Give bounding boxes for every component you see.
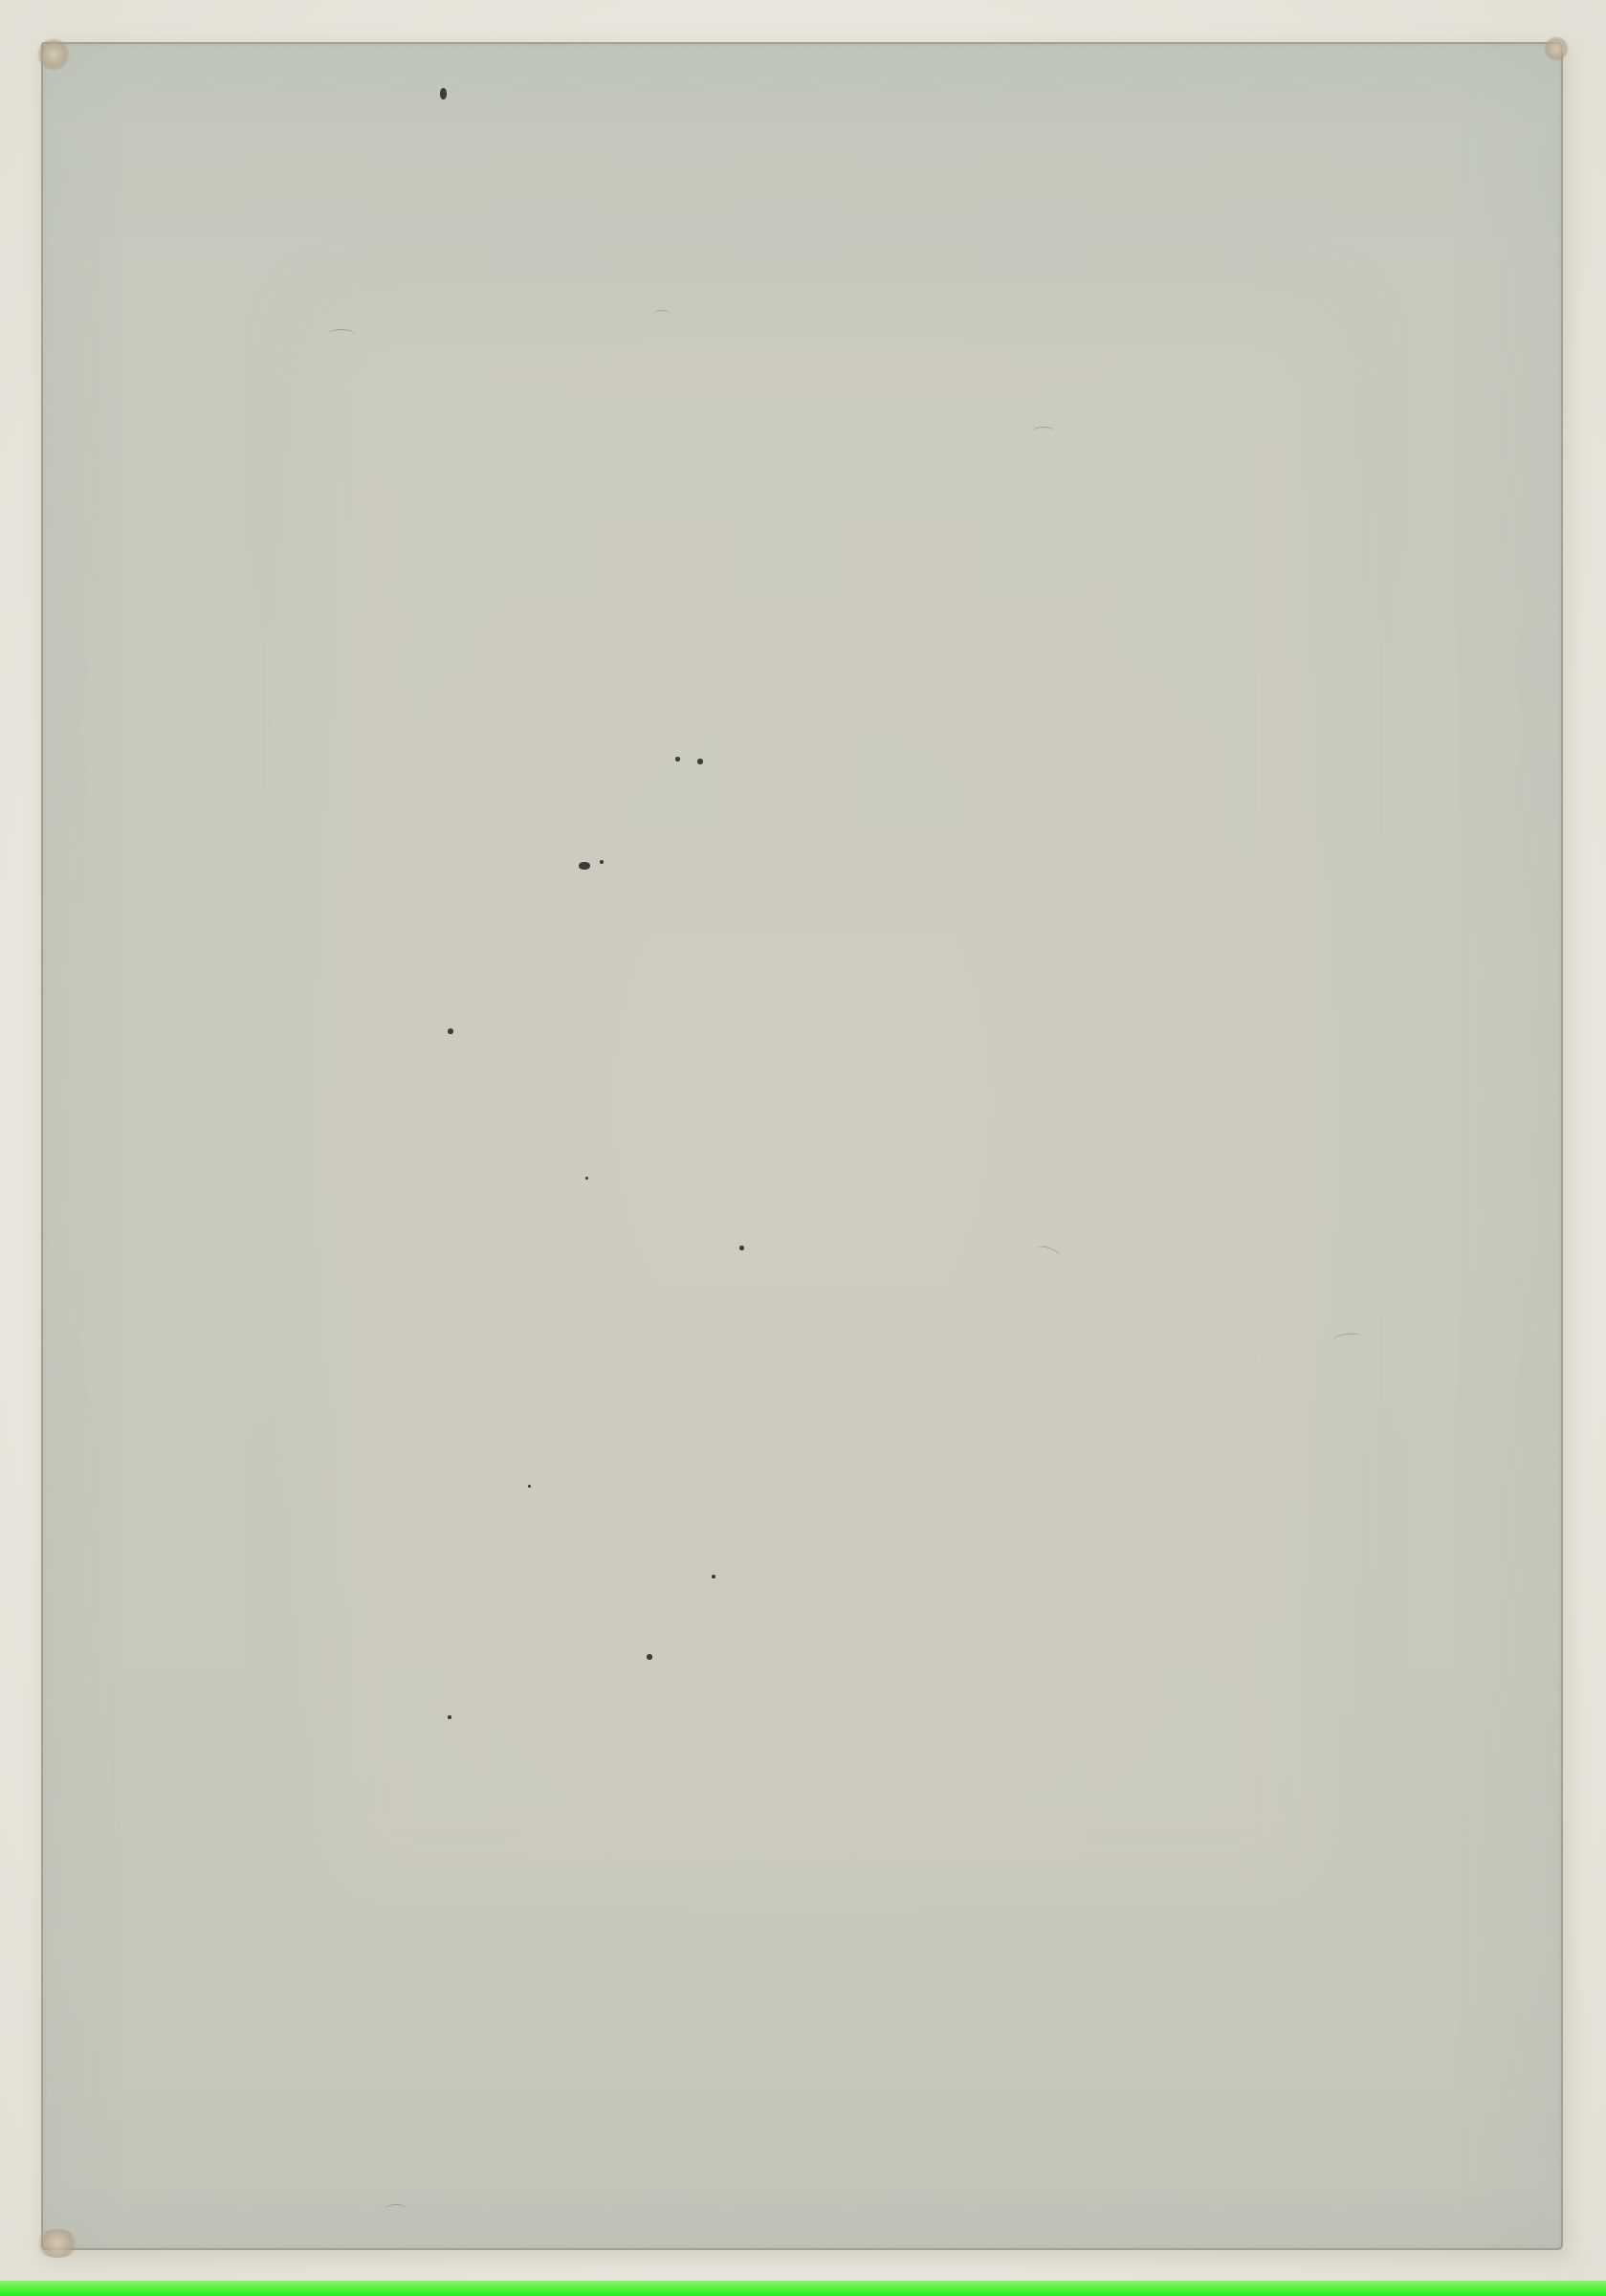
dirt-speck	[600, 860, 604, 864]
dirt-speck	[579, 862, 590, 870]
dirt-speck	[739, 1246, 744, 1250]
paper-fiber	[1331, 1332, 1361, 1346]
dirt-speck	[528, 1485, 531, 1488]
paper-fiber	[1032, 427, 1055, 436]
dirt-speck	[585, 1177, 588, 1180]
dirt-speck	[440, 88, 447, 99]
dirt-speck	[448, 1715, 451, 1719]
corner-wear-bottom-left	[35, 2229, 79, 2258]
dirt-speck	[675, 757, 680, 762]
corner-wear-top-right	[1544, 36, 1569, 61]
card-center-tone	[328, 320, 1323, 1898]
paper-fiber	[653, 310, 671, 319]
dirt-speck	[448, 1028, 453, 1034]
dirt-speck	[647, 1654, 652, 1660]
corner-wear-top-left	[37, 38, 70, 71]
dirt-speck	[697, 759, 703, 764]
bottom-green-strip	[0, 2281, 1606, 2296]
dirt-speck	[712, 1575, 715, 1578]
paper-fiber	[385, 2204, 407, 2215]
paper-fiber	[328, 329, 355, 340]
paper-card	[41, 42, 1563, 2250]
